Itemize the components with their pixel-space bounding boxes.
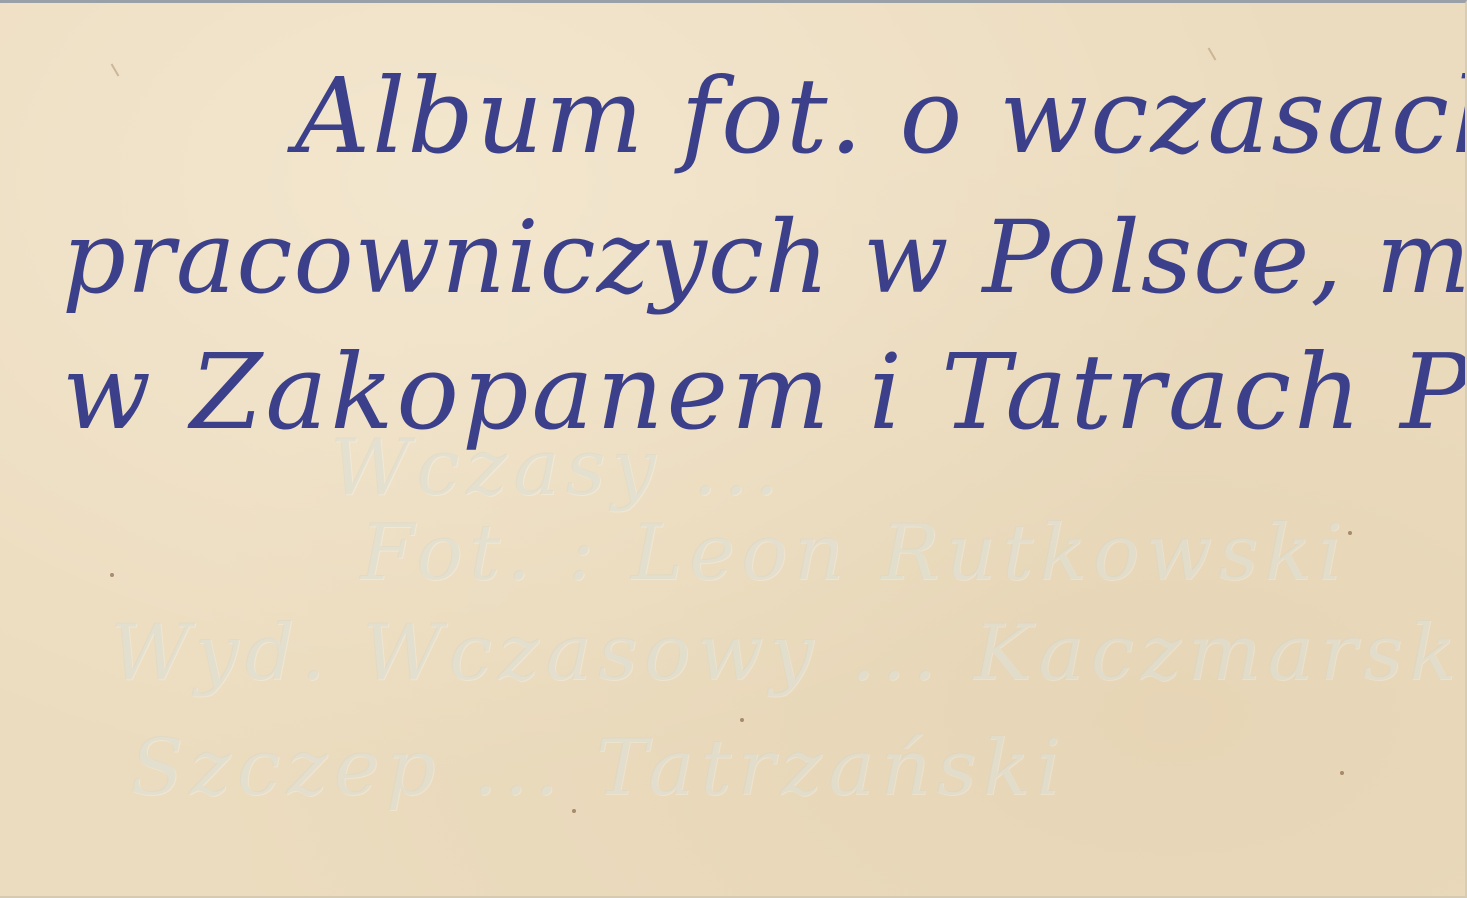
handwritten-line-2: pracowniczych w Polsce, m.in. <box>62 199 1467 316</box>
paper-speck <box>1348 531 1352 535</box>
handwritten-line-3: w Zakopanem i Tatrach Pol. <box>62 331 1467 453</box>
handwritten-line-1: Album fot. o wczasach <box>295 55 1467 177</box>
ghost-text-line: Szczep ... Tatrzański <box>130 723 1067 813</box>
paper-fiber <box>111 63 120 76</box>
paper-speck <box>1340 771 1344 775</box>
index-card: Wczasy ... Fot. : Leon Rutkowski Wyd. Wc… <box>0 0 1467 898</box>
paper-speck <box>110 573 114 577</box>
ghost-text-line: Fot. : Leon Rutkowski <box>360 508 1348 598</box>
paper-speck <box>572 809 576 813</box>
paper-speck <box>740 718 744 722</box>
ghost-text-line: Wyd. Wczasowy ... Kaczmarski <box>110 608 1467 698</box>
